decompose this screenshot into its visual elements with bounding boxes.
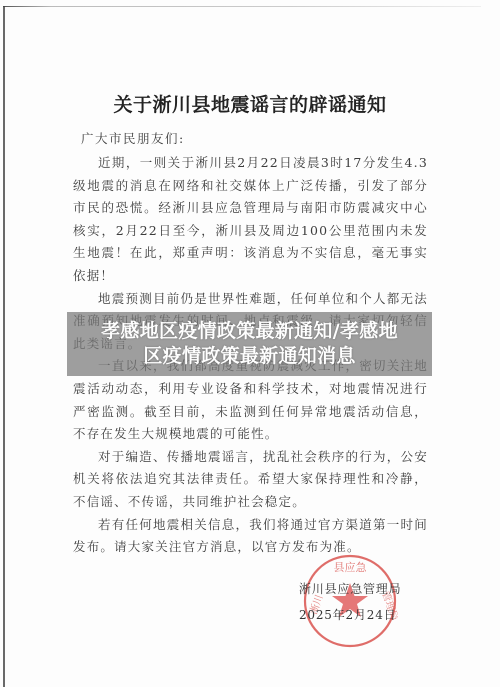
headline-overlay-banner: 孝感地区疫情政策最新通知/孝感地 区疫情政策最新通知消息 bbox=[67, 312, 432, 376]
document-title: 关于淅川县地震谣言的辟谣通知 bbox=[0, 90, 500, 117]
paragraph-5: 若有任何地震相关信息，我们将通过官方渠道第一时间发布。请大家关注官方消息，以官方… bbox=[73, 514, 428, 559]
document-page: 关于淅川县地震谣言的辟谣通知 广大市民朋友们: 近期，一则关于淅川县2月22日凌… bbox=[0, 0, 500, 687]
signature-date: 2025年2月24日 bbox=[299, 602, 401, 628]
overlay-headline-line-2: 区疫情政策最新通知消息 bbox=[143, 344, 355, 369]
signature-organization: 淅川县应急管理局 bbox=[299, 576, 401, 602]
salutation: 广大市民朋友们: bbox=[81, 129, 185, 147]
top-border-line bbox=[3, 6, 481, 7]
paragraph-1: 近期，一则关于淅川县2月22日凌晨3时17分发生4.3级地震的消息在网络和社交媒… bbox=[73, 152, 428, 288]
overlay-headline-line-1: 孝感地区疫情政策最新通知/孝感地 bbox=[101, 319, 398, 344]
paragraph-4: 对于编造、传播地震谣言，扰乱社会秩序的行为，公安机关将依法追究其法律责任。希望大… bbox=[73, 446, 428, 514]
svg-text:县应急: 县应急 bbox=[334, 560, 368, 574]
signature-block: 淅川县应急管理局 2025年2月24日 bbox=[299, 576, 401, 628]
